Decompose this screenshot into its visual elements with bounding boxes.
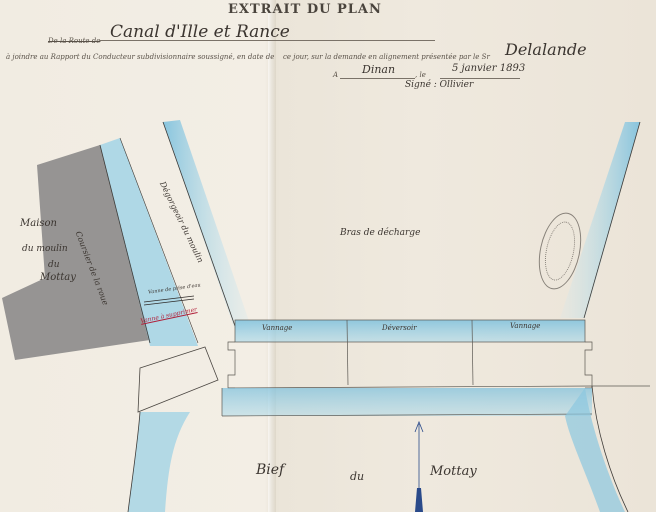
label-maison-3: du [48, 260, 60, 270]
label-bief: Bief [256, 462, 284, 478]
label-deversoir: Déversoir [382, 324, 417, 332]
label-mottay: Mottay [430, 464, 477, 479]
label-vannage-left: Vannage [262, 324, 292, 332]
label-maison-2: du moulin [22, 244, 68, 254]
label-bras-decharge: Bras de décharge [340, 228, 420, 238]
label-maison-4: Mottay [40, 272, 76, 283]
label-du: du [350, 470, 364, 483]
label-maison-1: Maison [20, 218, 57, 229]
label-vannage-right: Vannage [510, 322, 540, 330]
